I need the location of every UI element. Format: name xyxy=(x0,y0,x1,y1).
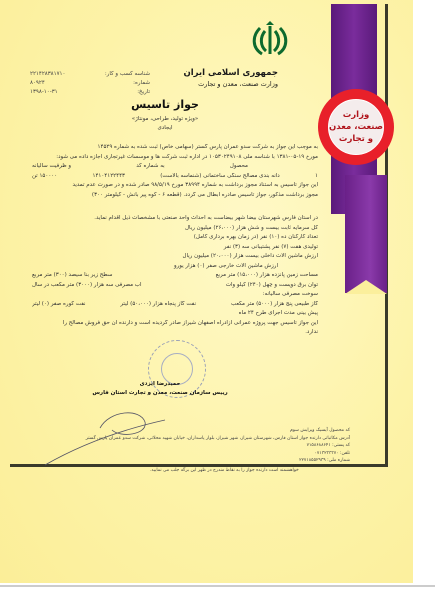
ministry-name: وزارت صنعت، معدن و تجارت xyxy=(183,80,278,88)
document-page: وزارت صنعت، معدن و تجارت جمهوری اسلامی ا… xyxy=(0,0,413,583)
document-title: جواز تاسیس xyxy=(0,98,330,111)
built-area: سطح زیر بنا سیصد (۳۰۰) متر مربع xyxy=(32,272,112,282)
permit-body: به موجب این جواز به شرکت سدو عمران پارس … xyxy=(32,144,318,339)
document-subtitle: «ویژه تولید، طراحی، مونتاژ» ایجادی xyxy=(0,115,330,133)
intro-line-1: به موجب این جواز به شرکت سدو عمران پارس … xyxy=(32,144,318,154)
footer-address: آدرس مکاتباتی دارنده جواز استان فارس، شه… xyxy=(70,435,350,443)
power: توان برق دویست و چهل (۲۴۰) کیلو وات xyxy=(226,282,318,292)
permit-ref-line-2: مجوز برداشت مذکور، جواز تاسیس صادره ابطا… xyxy=(32,192,318,202)
product-row: ۱ دانه بندی مصالح سنگی ساختمانی (شنماسه … xyxy=(32,173,318,183)
number-value: ۸۰۹۲۴ xyxy=(30,79,45,88)
footer-isic: کد محصول آیسیک ویرایش سوم xyxy=(70,427,350,435)
signatory-name: حمیدرضا ایزدی xyxy=(85,380,235,389)
footer-block: کد محصول آیسیک ویرایش سوم آدرس مکاتباتی … xyxy=(70,427,350,465)
gas-oil: نفت گاز پنجاه هزار (۵۰،۰۰۰) لیتر xyxy=(120,301,196,311)
header-block: جمهوری اسلامی ایران وزارت صنعت، معدن و ت… xyxy=(183,68,278,88)
header-product: محصول xyxy=(230,163,248,173)
land-area: مساحت زمین پانزده هزار (۱۵،۰۰۰) متر مربع xyxy=(216,272,318,282)
intro-line-2: مورخ ۱۹-۰۵-۱۳۸۱ با شناسه ملی ۱۰۵۳۰۲۴۹۱۰۸… xyxy=(32,154,318,164)
signature-block: حمیدرضا ایزدی رییس سازمان صنعت، معدن و ت… xyxy=(85,380,235,398)
fuel-line: گاز طبیعی پنج هزار (۵۰۰۰) متر مکعب نفت گ… xyxy=(32,301,318,311)
area-line: مساحت زمین پانزده هزار (۱۵،۰۰۰) متر مربع… xyxy=(32,272,318,282)
business-id-value: ۲۲۱۴۲۸۳۸۱۷۱۰ xyxy=(30,70,65,79)
seal-line-2: صنعت، معدن xyxy=(329,121,383,133)
product-index: ۱ xyxy=(315,173,318,183)
product-table-header: محصول به شماره کد و ظرفیت سالیانه xyxy=(32,163,318,173)
seal-line-3: و تجارت xyxy=(339,133,373,145)
seal-line-1: وزارت xyxy=(343,109,370,121)
permit-ref-line-1: این جواز تاسیس به استناد مجوز برداشت به … xyxy=(32,182,318,192)
ministry-seal: وزارت صنعت، معدن و تجارت xyxy=(322,93,390,161)
iran-emblem-icon xyxy=(250,20,290,58)
footer-phone: تلفن: ۰۷۱۳۲۳۳۳۷۰ xyxy=(70,450,350,458)
product-code: ۱۴۱۰۴۱۲۲۴۴۳ xyxy=(92,173,125,183)
water: آب مصرفی سه هزار (۳۰۰۰) متر مکعب در سال xyxy=(32,282,142,292)
number-label: شماره: xyxy=(133,79,150,88)
signatory-role: رییس سازمان صنعت، معدن و تجارت استان فار… xyxy=(85,389,235,398)
date-label: تاریخ: xyxy=(137,88,150,97)
footer-note: خواهشمند است دارنده جواز را به نقاط مندر… xyxy=(150,468,299,473)
spacer xyxy=(32,201,318,215)
clause-line-2: ندارد. xyxy=(32,329,318,339)
header-code: به شماره کد xyxy=(136,163,164,173)
date-value: ۱۳۹۸-۱۰-۳۱ xyxy=(30,88,58,97)
scan-edge xyxy=(0,585,435,587)
footer-national-id: شماره ملی: ۲۲۷۱۸۵۵۲۹۳۹ xyxy=(70,457,350,465)
natural-gas: گاز طبیعی پنج هزار (۵۰۰۰) متر مکعب xyxy=(231,301,318,311)
fuel-oil: نفت کوره صفر (۰) لیتر xyxy=(32,301,86,311)
product-capacity: ۱۵۰۰۰۰ تن xyxy=(32,173,57,183)
product-name: دانه بندی مصالح سنگی ساختمانی (شنماسه با… xyxy=(160,173,279,183)
domestic-machinery-line: ارزش ماشین آلات داخلی بیست هزار (۲۰،۰۰۰)… xyxy=(32,253,318,263)
footer-postal: کد پستی: ۷۱۵۸۶۸۸۶۴۱ xyxy=(70,442,350,450)
permit-meta: ۲۲۱۴۲۸۳۸۱۷۱۰ شناسه کسب و کار: ۸۰۹۲۴ شمار… xyxy=(30,70,150,97)
fuel-label: سوخت مصرفی سالیانه: xyxy=(32,291,318,301)
staff-line: تولیدی هفت (۷) نفر پشتیبانی سه (۳) نفر xyxy=(32,244,318,254)
subtitle-line-1: «ویژه تولید، طراحی، مونتاژ» xyxy=(0,115,330,124)
header-capacity: و ظرفیت سالیانه xyxy=(32,163,71,173)
business-id-label: شناسه کسب و کار: xyxy=(105,70,150,79)
utilities-line: توان برق دویست و چهل (۲۴۰) کیلو وات آب م… xyxy=(32,282,318,292)
subtitle-line-2: ایجادی xyxy=(0,124,330,133)
capital-line: کل سرمایه ثابت بیست و شش هزار (۲۶،۰۰۰) م… xyxy=(32,225,318,235)
foreign-machinery-line: ارزش ماشین آلات خارجی صفر (۰) هزار یورو xyxy=(32,263,318,273)
clause-line-1: این جواز تاسیس جهت پروژه عمرانی آزادراه … xyxy=(32,320,318,330)
duration-line: پیش بینی مدت اجرای طرح ۲۴ ماه xyxy=(32,310,318,320)
location-line: در استان فارس شهرستان بیضا شهر بیضاست به… xyxy=(32,215,318,225)
country-name: جمهوری اسلامی ایران xyxy=(183,68,278,78)
purple-ribbon-tail xyxy=(345,175,387,293)
workers-line: تعداد کارکنان ده (۱۰) نفر (در زمان بهره … xyxy=(32,234,318,244)
